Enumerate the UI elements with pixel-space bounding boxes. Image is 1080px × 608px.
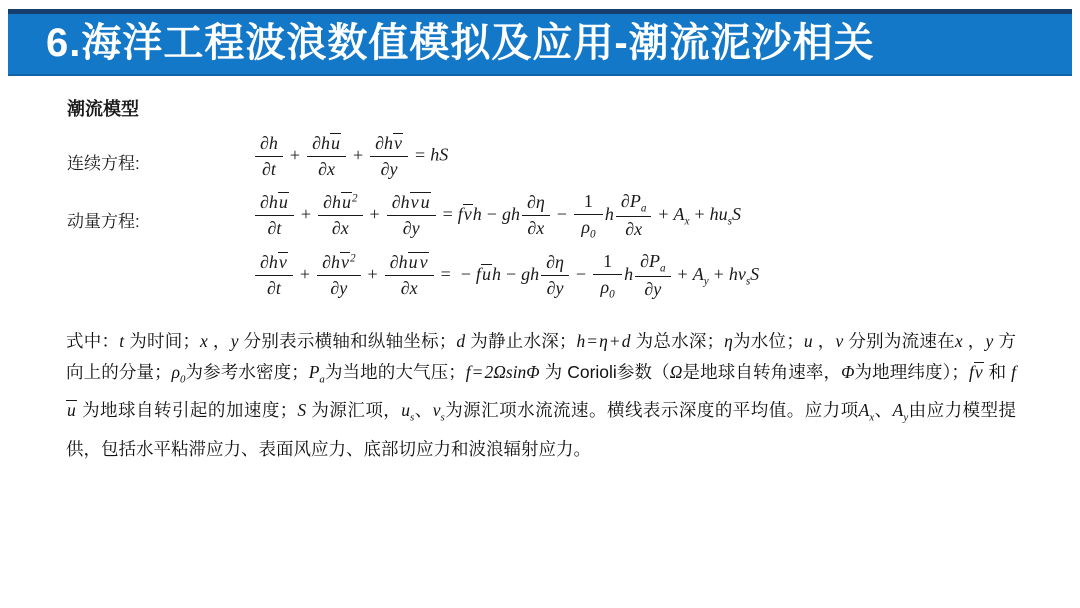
- header-bar: 6.海洋工程波浪数值模拟及应用-潮流泥沙相关: [8, 9, 1072, 76]
- slide: 6.海洋工程波浪数值模拟及应用-潮流泥沙相关 潮流模型 连续方程: ∂h∂t+∂…: [0, 0, 1080, 608]
- momentum-equation-x: ∂hu∂t+∂hu2∂x+∂hvu∂y=fvh−gh∂η∂x−1ρ0h∂Pa∂x…: [253, 191, 741, 240]
- symbol-description-paragraph: 式中：t 为时间；x ，y 分别表示横轴和纵轴坐标；d 为静止水深；h=η+d …: [66, 326, 1016, 465]
- continuity-equation: ∂h∂t+∂hu∂x+∂hv∂y=hS: [253, 133, 448, 180]
- momentum-equation-y: ∂hv∂t+∂hv2∂y+∂huv∂x=−fuh−gh∂η∂y−1ρ0h∂Pa∂…: [253, 251, 759, 300]
- slide-title: 6.海洋工程波浪数值模拟及应用-潮流泥沙相关: [46, 14, 875, 74]
- continuity-equation-label: 连续方程:: [67, 149, 140, 174]
- section-heading: 潮流模型: [67, 95, 139, 121]
- momentum-equation-label: 动量方程:: [67, 207, 140, 232]
